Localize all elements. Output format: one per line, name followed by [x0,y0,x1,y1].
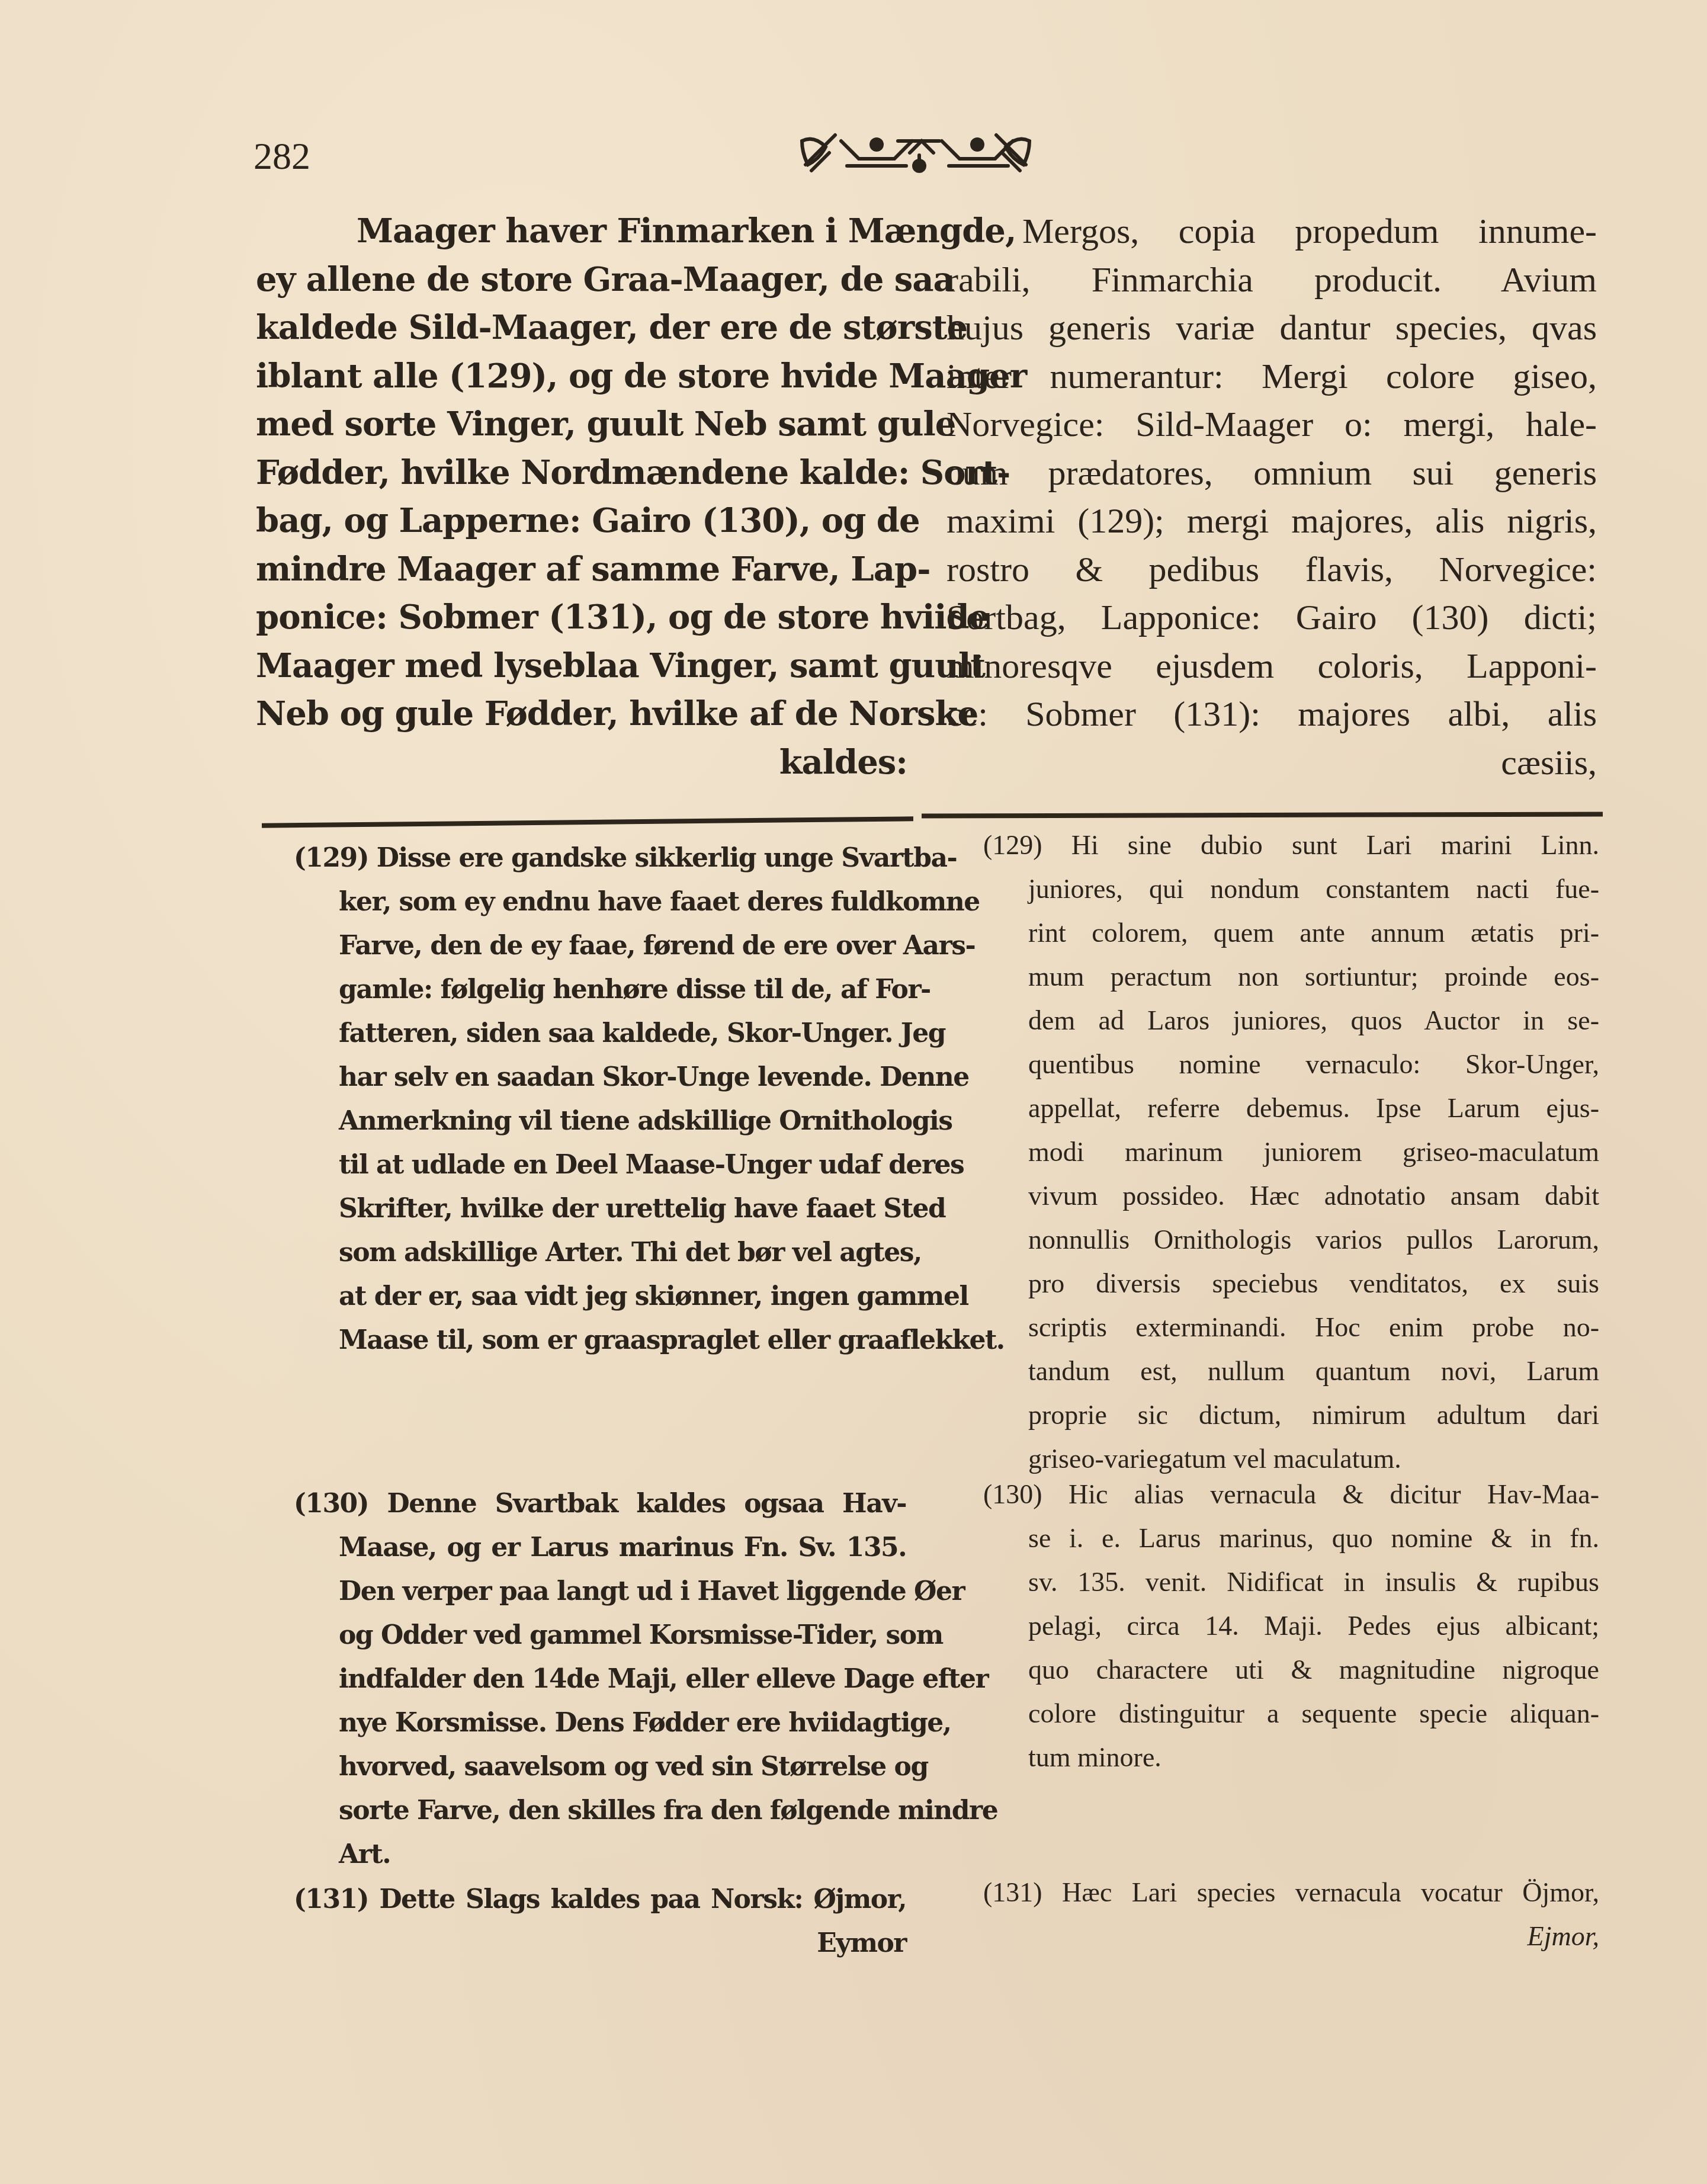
text-line: Sortbag, Lapponice: Gairo (130) dicti; [946,594,1597,642]
text-line: rabili, Finmarchia producit. Avium [946,256,1597,304]
footnote-line: Skrifter, hvilke der urettelig have faae… [294,1187,906,1231]
footnote-line: sv. 135. venit. Nidificat in insulis & r… [983,1560,1599,1604]
footnote-129-danish: (129) Disse ere gandske sikkerlig unge S… [294,836,906,1362]
text-line: ponice: Sobmer (131), og de store hviide [256,594,907,642]
catchword-line: cæsiis, [946,739,1597,787]
footnote-line: og Odder ved gammel Korsmisse-Tider, som [294,1614,906,1657]
text-line: mindre Maager af samme Farve, Lap- [256,546,907,594]
text-line: hujus generis variæ dantur species, qvas [946,304,1597,352]
footnote-line: modi marinum juniorem griseo-maculatum [983,1130,1599,1174]
footnote-129-latin: (129) Hi sine dubio sunt Lari marini Lin… [983,823,1599,1481]
footnote-line: vivum possideo. Hæc adnotatio ansam dabi… [983,1174,1599,1218]
footnote-line: pelagi, circa 14. Maji. Pedes ejus albic… [983,1604,1599,1648]
text-line: maximi (129); mergi majores, alis nigris… [946,497,1597,546]
footnote-line: nye Korsmisse. Dens Fødder ere hviidagti… [294,1701,906,1745]
footnote-line: tum minore. [983,1736,1599,1779]
footnote-line: appellat, referre debemus. Ipse Larum ej… [983,1086,1599,1130]
page-number: 282 [254,137,310,175]
text-line: minoresqve ejusdem coloris, Lapponi- [946,642,1597,691]
footnote-131-danish: (131) Dette Slags kaldes paa Norsk: Øjmo… [294,1878,906,1965]
footnote-line: Maase, og er Larus marinus Fn. Sv. 135. [294,1526,906,1570]
footnote-130-latin: (130) Hic alias vernacula & dicitur Hav-… [983,1473,1599,1779]
footnote-rule-left [262,816,913,828]
footnote-line: som adskillige Arter. Thi det bør vel ag… [294,1231,906,1275]
text-line: med sorte Vinger, guult Neb samt gule [256,400,907,449]
text-line: Maager haver Finmarken i Mængde, [256,207,907,256]
footnote-line: (130) Denne Svartbak kaldes ogsaa Hav- [294,1482,906,1526]
footnote-line: quentibus nomine vernaculo: Skor-Unger, [983,1043,1599,1086]
text-line: iblant alle (129), og de store hvide Maa… [256,352,907,401]
text-line: Maager med lyseblaa Vinger, samt guult [256,642,907,691]
headpiece-ornament-icon [794,129,1038,180]
footnote-line: tandum est, nullum quantum novi, Larum [983,1349,1599,1393]
footnote-line: mum peractum non sortiuntur; proinde eos… [983,955,1599,999]
footnote-line: (129) Disse ere gandske sikkerlig unge S… [294,836,906,880]
text-line: Norvegice: Sild-Maager o: mergi, hale- [946,400,1597,449]
footnote-line: Anmerkning vil tiene adskillige Ornithol… [294,1099,906,1143]
footnote-line: Maase til, som er graaspraglet eller gra… [294,1319,906,1362]
footnote-line: dem ad Laros juniores, quos Auctor in se… [983,999,1599,1043]
main-text-latin: Mergos, copia propedum innume- rabili, F… [946,207,1597,787]
footnote-line: se i. e. Larus marinus, quo nomine & in … [983,1516,1599,1560]
text-line: ce: Sobmer (131): majores albi, alis [946,690,1597,739]
footnote-line: gamle: følgelig henhøre disse til de, af… [294,968,906,1012]
text-line: cum prædatores, omnium sui generis [946,449,1597,498]
footnote-rule-right [922,812,1603,818]
footnote-line: (131) Dette Slags kaldes paa Norsk: Øjmo… [294,1878,906,1922]
text-line: Fødder, hvilke Nordmændene kalde: Sort- [256,449,907,498]
footnote-line: juniores, qui nondum constantem nacti fu… [983,867,1599,911]
footnote-line: til at udlade en Deel Maase-Unger udaf d… [294,1143,906,1187]
text-line: bag, og Lapperne: Gairo (130), og de [256,497,907,546]
text-line: inter numerantur: Mergi colore giseo, [946,352,1597,401]
footnote-line: hvorved, saavelsom og ved sin Størrelse … [294,1745,906,1789]
footnote-line: indfalder den 14de Maji, eller elleve Da… [294,1657,906,1701]
footnote-line: colore distinguitur a sequente specie al… [983,1692,1599,1736]
footnote-line: quo charactere uti & magnitudine nigroqu… [983,1648,1599,1692]
catchword-line: Ejmor, [983,1914,1599,1958]
footnote-line: proprie sic dictum, nimirum adultum dari [983,1393,1599,1437]
text-line: kaldede Sild-Maager, der ere de største [256,304,907,352]
footnote-line: har selv en saadan Skor-Unge levende. De… [294,1056,906,1099]
footnote-line: (130) Hic alias vernacula & dicitur Hav-… [983,1473,1599,1516]
footnote-131-latin: (131) Hæc Lari species vernacula vocatur… [983,1871,1599,1958]
footnote-line: scriptis exterminandi. Hoc enim probe no… [983,1306,1599,1349]
footnote-line: sorte Farve, den skilles fra den følgend… [294,1789,906,1833]
footnote-line: ker, som ey endnu have faaet deres fuldk… [294,880,906,924]
footnote-line: Art. [294,1833,906,1877]
catchword-line: kaldes: [256,739,907,787]
footnote-line: Farve, den de ey faae, førend de ere ove… [294,924,906,968]
footnote-130-danish: (130) Denne Svartbak kaldes ogsaa Hav- M… [294,1482,906,1877]
footnote-line: rint colorem, quem ante annum ætatis pri… [983,911,1599,955]
footnote-line: Den verper paa langt ud i Havet liggende… [294,1570,906,1614]
text-line: Neb og gule Fødder, hvilke af de Norske [256,690,907,739]
text-line: ey allene de store Graa-Maager, de saa [256,256,907,304]
text-line: Mergos, copia propedum innume- [946,207,1597,256]
footnote-line: at der er, saa vidt jeg skiønner, ingen … [294,1275,906,1319]
main-text-danish: Maager haver Finmarken i Mængde, ey alle… [256,207,907,787]
footnote-line: (129) Hi sine dubio sunt Lari marini Lin… [983,823,1599,867]
footnote-line: (131) Hæc Lari species vernacula vocatur… [983,1871,1599,1914]
catchword-line: Eymor [294,1922,906,1965]
footnote-line: pro diversis speciebus venditatos, ex su… [983,1262,1599,1306]
footnote-line: nonnullis Ornithologis varios pullos Lar… [983,1218,1599,1262]
footnote-line: fatteren, siden saa kaldede, Skor-Unger.… [294,1012,906,1056]
text-line: rostro & pedibus flavis, Norvegice: [946,546,1597,594]
